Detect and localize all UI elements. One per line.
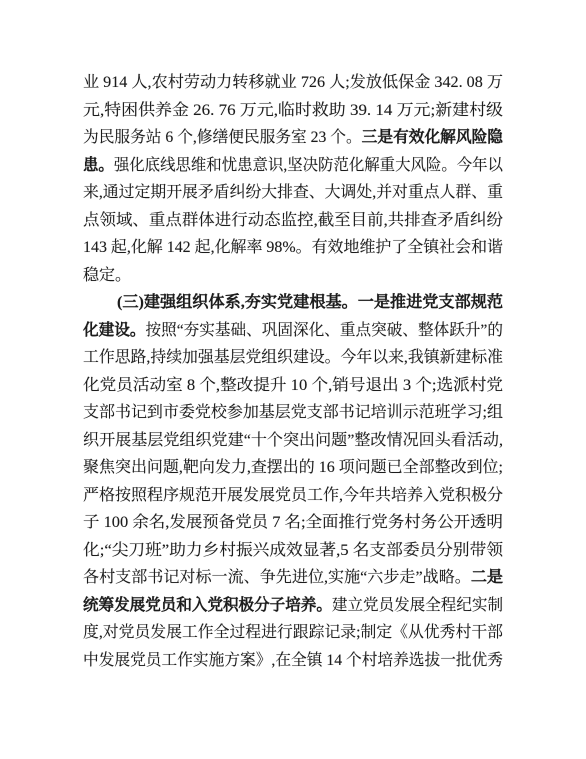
text-line-content: 聚焦突出问题,靶向发力,查摆出的 16 项问题已全部整改到位;	[83, 454, 503, 482]
body-text: 中发展党员工作实施方案》,在全镇 14 个村培养选拔一批优秀	[83, 652, 503, 669]
document-page: 业 914 人,农村劳动力转移就业 726 人;发放低保金 342. 08 万元…	[0, 0, 586, 759]
body-text: 143 起,化解 142 起,化解率 98%。有效地维护了全镇社会和谐	[83, 239, 503, 256]
body-text: 度,对党员发展工作全过程进行跟踪记录;制定《从优秀村干部	[83, 624, 503, 641]
text-line-content: 工作思路,持续加强基层党组织建设。今年以来,我镇新建标准	[83, 344, 503, 372]
text-line: 化建设。按照“夯实基础、巩固深化、重点突破、整体跃升”的	[83, 317, 503, 345]
body-text: 工作思路,持续加强基层党组织建设。今年以来,我镇新建标准	[83, 349, 503, 366]
text-line: 点领域、重点群体进行动态监控,截至目前,共排查矛盾纠纷	[83, 207, 503, 235]
text-line-content: 织开展基层党组织党建“十个突出问题”整改情况回头看活动,	[83, 427, 503, 455]
text-line-content: 化党员活动室 8 个,整改提升 10 个,销号退出 3 个;选派村党	[83, 372, 503, 400]
emphasis-text: 患。	[83, 157, 114, 174]
text-line: 为民服务站 6 个,修缮便民服务室 23 个。三是有效化解风险隐	[83, 124, 503, 152]
emphasis-text: 化建设。	[83, 322, 145, 339]
text-line-content: 业 914 人,农村劳动力转移就业 726 人;发放低保金 342. 08 万	[83, 69, 503, 97]
text-line: 来,通过定期开展矛盾纠纷大排查、大调处,并对重点人群、重	[83, 179, 503, 207]
text-line-content: 子 100 余名,发展预备党员 7 名;全面推行党务村务公开透明	[83, 509, 503, 537]
text-line: 聚焦突出问题,靶向发力,查摆出的 16 项问题已全部整改到位;	[83, 454, 503, 482]
text-line: (三)建强组织体系,夯实党建根基。一是推进党支部规范	[83, 289, 503, 317]
body-text: 点领域、重点群体进行动态监控,截至目前,共排查矛盾纠纷	[83, 212, 503, 229]
emphasis-text: (三)建强组织体系,夯实党建根基。一是推进党支部规范	[117, 294, 503, 311]
text-line-content: 严格按照程序规范开展发展党员工作,今年共培养入党积极分	[83, 482, 503, 510]
emphasis-text: 二是	[471, 569, 503, 586]
body-text: 按照“夯实基础、巩固深化、重点突破、整体跃升”的	[145, 322, 503, 339]
text-line: 化;“尖刀班”助力乡村振兴成效显著,5 名支部委员分别带领	[83, 537, 503, 565]
body-text: 子 100 余名,发展预备党员 7 名;全面推行党务村务公开透明	[83, 514, 503, 531]
text-line: 严格按照程序规范开展发展党员工作,今年共培养入党积极分	[83, 482, 503, 510]
body-text: 聚焦突出问题,靶向发力,查摆出的 16 项问题已全部整改到位;	[83, 459, 503, 476]
text-line-content: 各村支部书记对标一流、争先进位,实施“六步走”战略。二是	[83, 564, 503, 592]
text-line-content: 143 起,化解 142 起,化解率 98%。有效地维护了全镇社会和谐	[83, 234, 503, 262]
text-line-content: 中发展党员工作实施方案》,在全镇 14 个村培养选拔一批优秀	[83, 647, 503, 675]
text-line-content: 化建设。按照“夯实基础、巩固深化、重点突破、整体跃升”的	[83, 317, 503, 345]
body-text: 强化底线思维和忧患意识,坚决防范化解重大风险。今年以	[114, 157, 503, 174]
text-line: 支部书记到市委党校参加基层党支部书记培训示范班学习;组	[83, 399, 503, 427]
body-text: 化党员活动室 8 个,整改提升 10 个,销号退出 3 个;选派村党	[83, 377, 503, 394]
body-text: 为民服务站 6 个,修缮便民服务室 23 个。	[83, 129, 362, 146]
text-line: 患。强化底线思维和忧患意识,坚决防范化解重大风险。今年以	[83, 152, 503, 180]
text-line: 各村支部书记对标一流、争先进位,实施“六步走”战略。二是	[83, 564, 503, 592]
text-line: 织开展基层党组织党建“十个突出问题”整改情况回头看活动,	[83, 427, 503, 455]
text-line-content: 化;“尖刀班”助力乡村振兴成效显著,5 名支部委员分别带领	[83, 537, 503, 565]
body-text: 建立党员发展全程纪实制	[332, 597, 503, 614]
emphasis-text: 统筹发展党员和入党积极分子培养。	[83, 597, 332, 614]
text-line: 工作思路,持续加强基层党组织建设。今年以来,我镇新建标准	[83, 344, 503, 372]
text-line-content: 元,特困供养金 26. 76 万元,临时救助 39. 14 万元;新建村级	[83, 97, 503, 125]
text-line: 143 起,化解 142 起,化解率 98%。有效地维护了全镇社会和谐	[83, 234, 503, 262]
text-line: 中发展党员工作实施方案》,在全镇 14 个村培养选拔一批优秀	[83, 647, 503, 675]
text-line-content: 患。强化底线思维和忧患意识,坚决防范化解重大风险。今年以	[83, 152, 503, 180]
text-line-content: 点领域、重点群体进行动态监控,截至目前,共排查矛盾纠纷	[83, 207, 503, 235]
body-text: 元,特困供养金 26. 76 万元,临时救助 39. 14 万元;新建村级	[83, 102, 503, 119]
text-line-content: 度,对党员发展工作全过程进行跟踪记录;制定《从优秀村干部	[83, 619, 503, 647]
text-line: 业 914 人,农村劳动力转移就业 726 人;发放低保金 342. 08 万	[83, 69, 503, 97]
text-line: 子 100 余名,发展预备党员 7 名;全面推行党务村务公开透明	[83, 509, 503, 537]
text-block: 业 914 人,农村劳动力转移就业 726 人;发放低保金 342. 08 万元…	[83, 69, 503, 674]
text-line: 统筹发展党员和入党积极分子培养。建立党员发展全程纪实制	[83, 592, 503, 620]
body-text: 各村支部书记对标一流、争先进位,实施“六步走”战略。	[83, 569, 471, 586]
text-line-content: 来,通过定期开展矛盾纠纷大排查、大调处,并对重点人群、重	[83, 179, 503, 207]
text-line-content: 稳定。	[83, 262, 131, 290]
text-line-content: (三)建强组织体系,夯实党建根基。一是推进党支部规范	[117, 289, 503, 317]
text-line: 化党员活动室 8 个,整改提升 10 个,销号退出 3 个;选派村党	[83, 372, 503, 400]
body-text: 支部书记到市委党校参加基层党支部书记培训示范班学习;组	[83, 404, 503, 421]
body-text: 业 914 人,农村劳动力转移就业 726 人;发放低保金 342. 08 万	[83, 74, 503, 91]
text-line-content: 统筹发展党员和入党积极分子培养。建立党员发展全程纪实制	[83, 592, 503, 620]
body-text: 稳定。	[83, 267, 131, 284]
text-line-content: 为民服务站 6 个,修缮便民服务室 23 个。三是有效化解风险隐	[83, 124, 503, 152]
body-text: 来,通过定期开展矛盾纠纷大排查、大调处,并对重点人群、重	[83, 184, 503, 201]
text-line-content: 支部书记到市委党校参加基层党支部书记培训示范班学习;组	[83, 399, 503, 427]
text-line: 度,对党员发展工作全过程进行跟踪记录;制定《从优秀村干部	[83, 619, 503, 647]
body-text: 织开展基层党组织党建“十个突出问题”整改情况回头看活动,	[83, 432, 503, 449]
body-text: 化;“尖刀班”助力乡村振兴成效显著,5 名支部委员分别带领	[83, 542, 503, 559]
text-line: 元,特困供养金 26. 76 万元,临时救助 39. 14 万元;新建村级	[83, 97, 503, 125]
text-line: 稳定。	[83, 262, 503, 290]
emphasis-text: 三是有效化解风险隐	[362, 129, 503, 146]
body-text: 严格按照程序规范开展发展党员工作,今年共培养入党积极分	[83, 487, 503, 504]
